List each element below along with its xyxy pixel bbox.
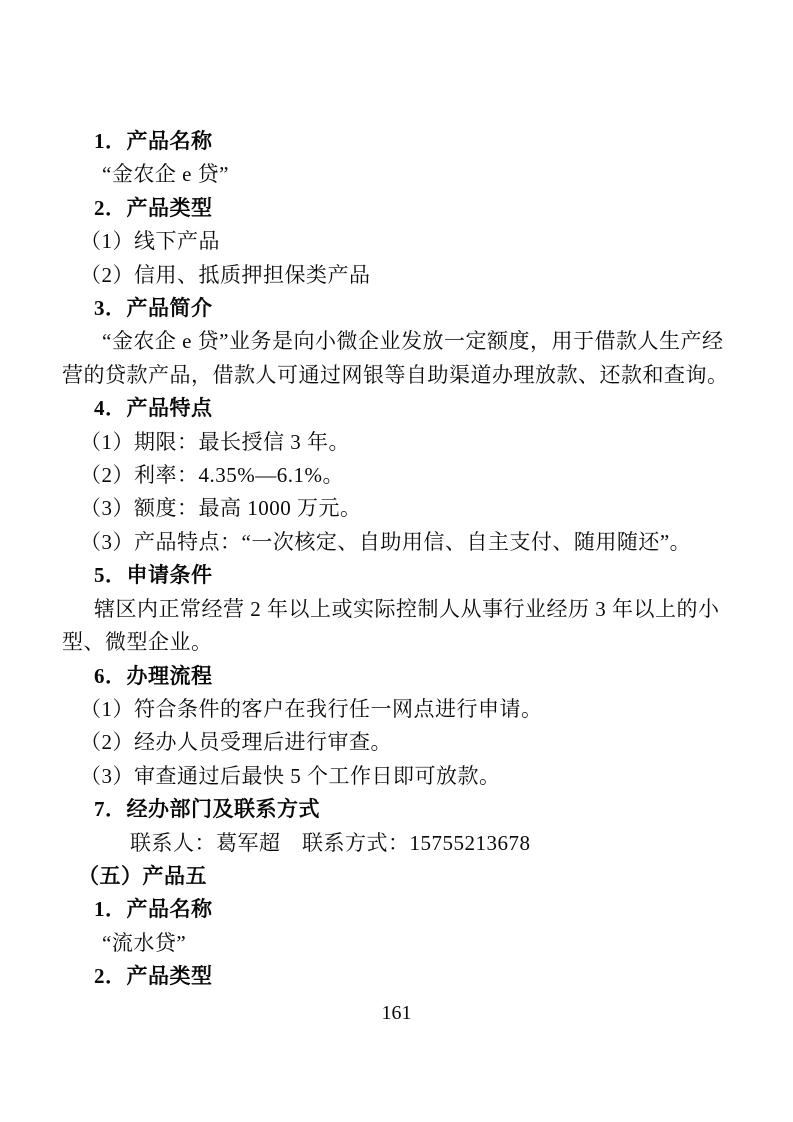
product-name-text: “金农企 e 贷” (102, 158, 687, 191)
section-heading: 2．产品类型 (94, 192, 687, 225)
list-item: （1）符合条件的客户在我行任一网点进行申请。 (80, 693, 687, 726)
section-heading: 6．办理流程 (94, 660, 687, 693)
paragraph-line: 型、微型企业。 (62, 626, 687, 659)
list-item: （3）产品特点：“一次核定、自助用信、自主支付、随用随还”。 (80, 526, 687, 559)
paragraph-line: “金农企 e 贷”业务是向小微企业发放一定额度，用于借款人生产经 (102, 325, 687, 358)
section-heading: 1．产品名称 (94, 125, 687, 158)
section-heading: 5．申请条件 (94, 559, 687, 592)
document-body: 1．产品名称“金农企 e 贷”2．产品类型（1）线下产品（2）信用、抵质押担保类… (62, 125, 687, 994)
list-item: （3）审查通过后最快 5 个工作日即可放款。 (80, 760, 687, 793)
section-heading: 3．产品简介 (94, 292, 687, 325)
paragraph-line: 辖区内正常经营 2 年以上或实际控制人从事行业经历 3 年以上的小 (94, 593, 687, 626)
list-item: （2）经办人员受理后进行审查。 (80, 726, 687, 759)
section-heading: 2．产品类型 (94, 960, 687, 993)
document-page: 1．产品名称“金农企 e 贷”2．产品类型（1）线下产品（2）信用、抵质押担保类… (0, 0, 793, 1122)
list-item: （1）期限：最长授信 3 年。 (80, 426, 687, 459)
section-title: （五）产品五 (78, 860, 687, 893)
section-heading: 1．产品名称 (94, 893, 687, 926)
list-item: （2）利率：4.35%—6.1%。 (80, 459, 687, 492)
section-heading: 4．产品特点 (94, 392, 687, 425)
contact-line: 联系人：葛军超 联系方式：15755213678 (130, 827, 687, 860)
list-item: （1）线下产品 (80, 225, 687, 258)
page-number: 161 (0, 1001, 793, 1025)
product-name-text: “流水贷” (102, 927, 687, 960)
list-item: （3）额度：最高 1000 万元。 (80, 492, 687, 525)
list-item: （2）信用、抵质押担保类产品 (80, 259, 687, 292)
paragraph-line: 营的贷款产品，借款人可通过网银等自助渠道办理放款、还款和查询。 (62, 359, 687, 392)
section-heading: 7．经办部门及联系方式 (94, 793, 687, 826)
